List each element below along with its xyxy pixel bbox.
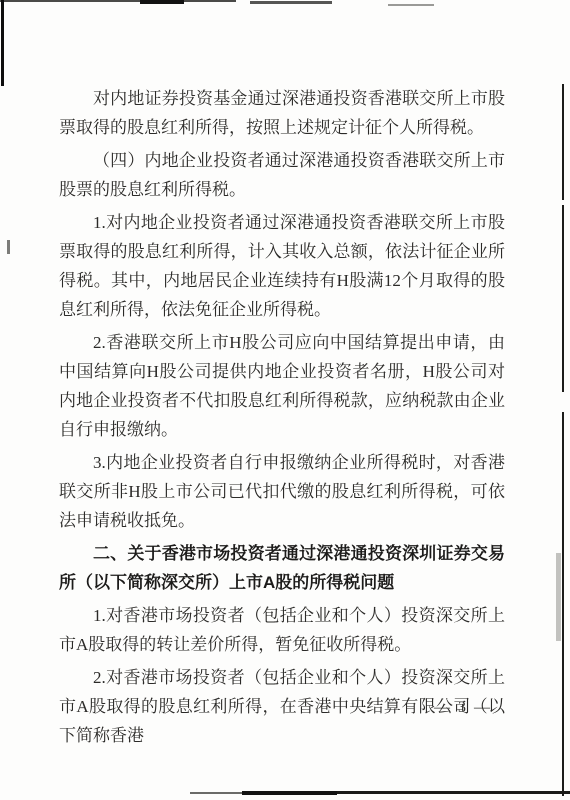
scan-artifact-top-blob (140, 0, 184, 4)
scan-artifact-right-edge-2 (562, 205, 564, 392)
scan-artifact-right-edge-3 (562, 412, 564, 796)
scan-artifact-bottom-line-3 (337, 791, 570, 794)
scan-artifact-bottom-line-2 (242, 791, 337, 795)
paragraph-enterprise-dividend-2: 2.香港联交所上市H股公司应向中国结算提出申请，由中国结算向H股公司提供内地企业… (59, 328, 505, 444)
paragraph-enterprise-dividend-3: 3.内地企业投资者自行申报缴纳企业所得税时，对香港联交所非H股上市公司已代扣代缴… (59, 448, 505, 535)
scan-artifact-top-line (0, 0, 236, 2)
scan-artifact-right-smudge (556, 553, 561, 641)
section-heading-two: 二、关于香港市场投资者通过深港通投资深圳证券交易所（以下简称深交所）上市A股的所… (59, 539, 505, 597)
scanned-document-page: 对内地证券投资基金通过深港通投资香港联交所上市股票取得的股息红利所得，按照上述规… (0, 0, 570, 800)
scan-artifact-left-speck (7, 240, 10, 254)
scan-artifact-top-line-3 (388, 4, 434, 6)
page-number: — 3 — (434, 699, 492, 717)
scan-artifact-bottom-line-1 (190, 792, 242, 794)
scan-artifact-top-line-2 (250, 1, 332, 4)
document-body: 对内地证券投资基金通过深港通投资香港联交所上市股票取得的股息红利所得，按照上述规… (59, 84, 505, 754)
scan-artifact-right-edge-1 (562, 84, 564, 200)
paragraph-item-four-intro: （四）内地企业投资者通过深港通投资香港联交所上市股票的股息红利所得税。 (59, 146, 505, 204)
paragraph-hk-investor-transfer: 1.对香港市场投资者（包括企业和个人）投资深交所上市A股取得的转让差价所得，暂免… (59, 601, 505, 659)
paragraph-enterprise-dividend-1: 1.对内地企业投资者通过深港通投资香港联交所上市股票取得的股息红利所得，计入其收… (59, 208, 505, 324)
paragraph-fund-dividend-tax: 对内地证券投资基金通过深港通投资香港联交所上市股票取得的股息红利所得，按照上述规… (59, 84, 505, 142)
scan-artifact-left-edge (1, 0, 4, 86)
